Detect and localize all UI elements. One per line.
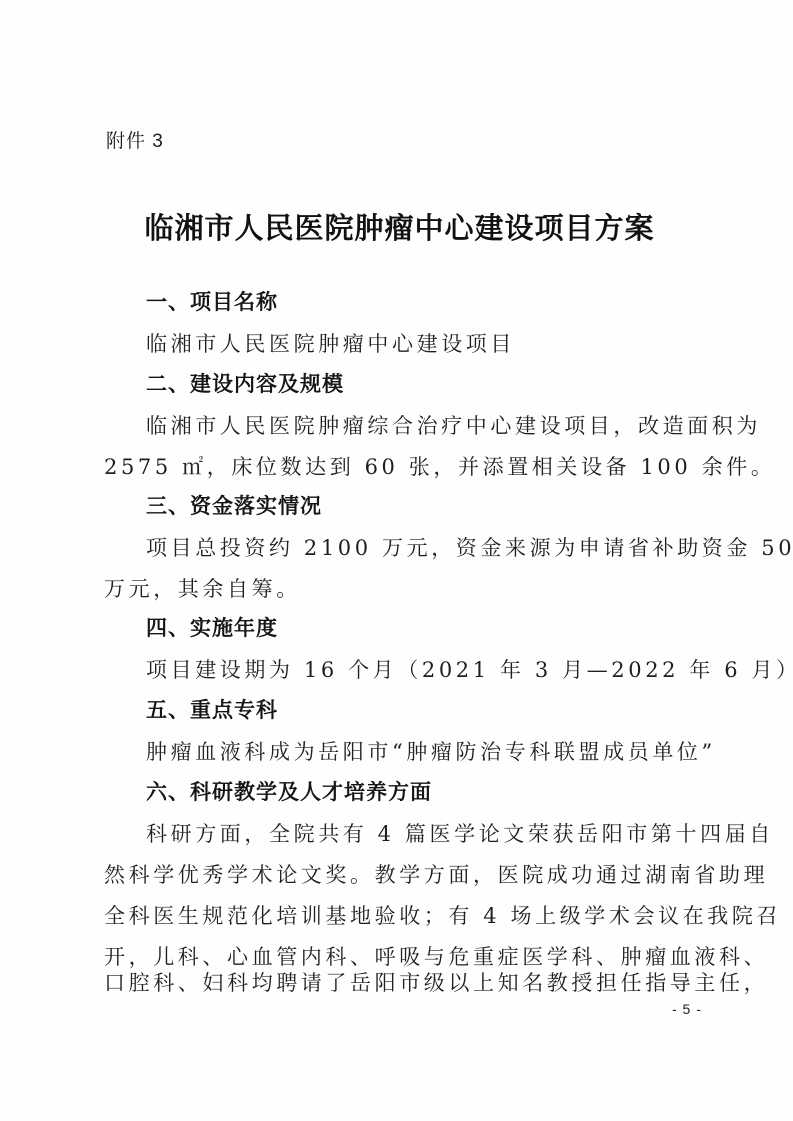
- section-heading-key-specialty: 五、重点专科: [146, 694, 278, 724]
- section-paragraph-line: 然科学优秀学术论文奖。教学方面，医院成功通过湖南省助理: [104, 859, 768, 889]
- section-paragraph-line: 2575 ㎡，床位数达到 60 张，并添置相关设备 100 余件。: [104, 451, 775, 481]
- document-title: 临湘市人民医院肿瘤中心建设项目方案: [0, 206, 793, 247]
- section-paragraph-line: 项目建设期为 16 个月（2021 年 3 月—2022 年 6 月）: [146, 654, 793, 684]
- page-number: - 5 -: [672, 1001, 702, 1017]
- section-paragraph-line: 肿瘤血液科成为岳阳市“肿瘤防治专科联盟成员单位”: [146, 736, 716, 766]
- section-heading-funding: 三、资金落实情况: [146, 490, 322, 520]
- section-paragraph-line: 临湘市人民医院肿瘤中心建设项目: [146, 328, 515, 358]
- section-heading-project-name: 一、项目名称: [146, 286, 278, 316]
- section-paragraph-line: 科研方面，全院共有 4 篇医学论文荣获岳阳市第十四届自: [146, 818, 774, 848]
- section-paragraph-line: 项目总投资约 2100 万元，资金来源为申请省补助资金 500: [146, 532, 793, 562]
- section-paragraph-line: 全科医生规范化培训基地验收；有 4 场上级学术会议在我院召: [104, 900, 781, 930]
- section-heading-construction-scale: 二、建设内容及规模: [146, 368, 344, 398]
- document-page: 附件 3 临湘市人民医院肿瘤中心建设项目方案 一、项目名称 临湘市人民医院肿瘤中…: [0, 0, 793, 1121]
- section-paragraph-line: 临湘市人民医院肿瘤综合治疗中心建设项目，改造面积为: [146, 410, 761, 440]
- section-heading-research-teaching: 六、科研教学及人才培养方面: [146, 776, 432, 806]
- section-paragraph-line: 万元，其余自筹。: [104, 573, 301, 603]
- attachment-label: 附件 3: [106, 126, 164, 153]
- section-heading-implementation-year: 四、实施年度: [146, 612, 278, 642]
- section-paragraph-line: 口腔科、妇科均聘请了岳阳市级以上知名教授担任指导主任，: [104, 967, 768, 997]
